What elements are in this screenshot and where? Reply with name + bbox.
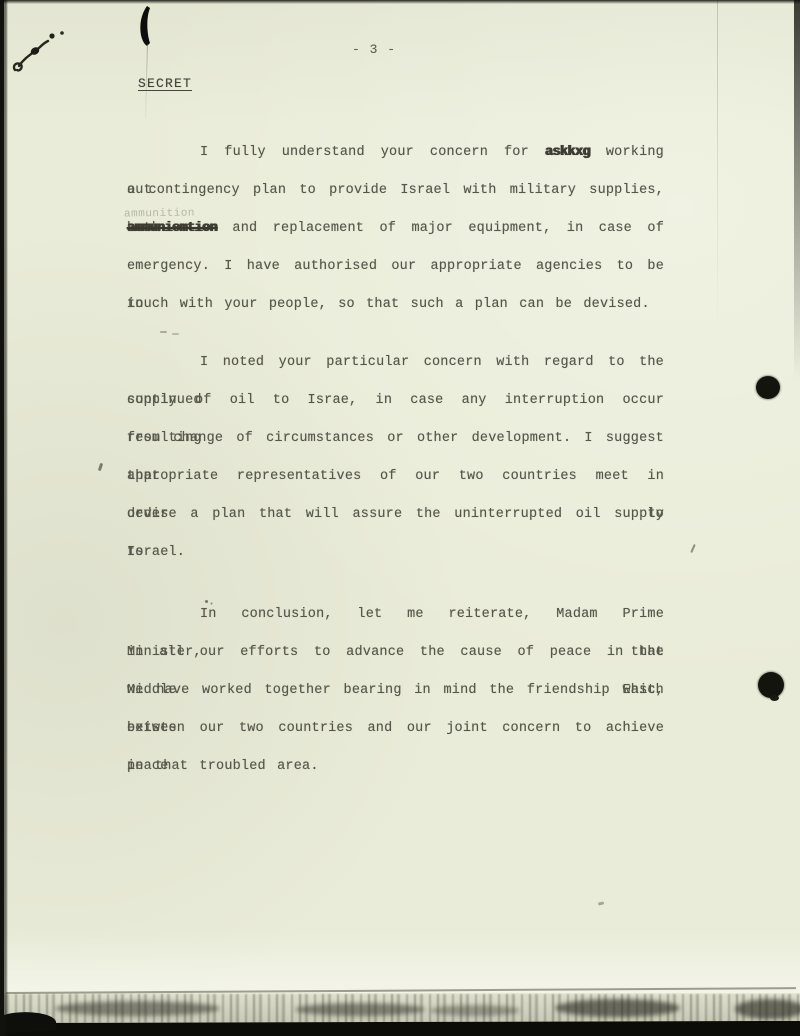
text-line: a contingency plan to provide Israel wit… [127,172,664,210]
hole-punch-dot [758,672,784,698]
text-line: emergency. I have authorised our appropr… [127,248,664,286]
text-line: from change of circumstances or other de… [127,420,664,458]
text-line: in that troubled area. [127,748,664,786]
scan-bottom-border [0,1021,800,1036]
text-line: in all our efforts to advance the cause … [127,634,664,672]
smudge-blob [430,1005,520,1016]
smudge-blob [735,999,800,1019]
letter-body: I fully understand your concern for askk… [127,134,664,786]
scan-top-border [0,0,800,4]
scan-right-border [794,0,800,380]
overtyped-word: askkxg [545,145,590,160]
ghost-correction-text: ammunition [124,195,196,234]
paragraph-3: In conclusion, let me reiterate, Madam P… [127,596,664,786]
paragraph-1: I fully understand your concern for askk… [127,134,664,324]
ink-speck [205,600,208,603]
bold-ink-stroke [136,5,154,47]
line-text: and replacement of major equipment, in c… [217,221,664,236]
line-text: I fully understand your concern for [200,145,545,160]
smudge-blob [295,1003,425,1016]
text-line: devise a plan that will assure the unint… [127,496,664,534]
text-line: between our two countries and our joint … [127,710,664,748]
smudge-blob [555,999,680,1017]
text-line: I fully understand your concern for askk… [127,134,664,172]
scan-light-band [0,930,800,993]
text-line: ammunitionammuniemtion and replacement o… [127,210,664,248]
ink-speck [598,901,604,905]
ink-speck [98,463,103,472]
ink-speck [690,544,695,553]
scan-left-border [0,0,8,1036]
paper-crease [717,0,718,330]
scanned-document-page: { "colors": { "paper": "#e9ecd8", "ink":… [0,0,800,1036]
text-line: touch with your people, so that such a p… [127,286,664,324]
smudge-blob [55,1001,220,1016]
ink-speck [160,331,167,333]
text-line: I noted your particular concern with reg… [127,344,664,382]
page-number: - 3 - [352,42,396,57]
text-line: we have worked together bearing in mind … [127,672,664,710]
text-line: appropriate representatives of our two c… [127,458,664,496]
text-line: supply of oil to Israe, in case any inte… [127,382,664,420]
pen-squiggle-mark [10,20,74,76]
ink-blot [770,695,779,701]
text-line: Israel. [127,534,664,572]
hole-punch-dot [756,376,780,399]
paragraph-2: I noted your particular concern with reg… [127,344,664,572]
